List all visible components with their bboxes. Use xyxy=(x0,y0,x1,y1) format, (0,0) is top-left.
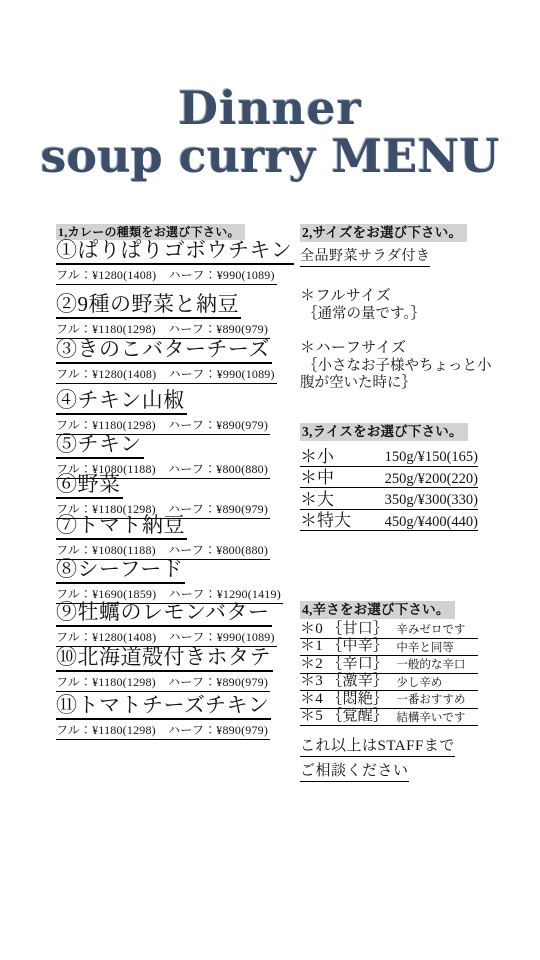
menu-item-8: ⑧シーフード フル：¥1690(1859) ハーフ：¥1290(1419) xyxy=(56,557,283,604)
size-option-half-note: ｛小さなお子様やちょっと小腹が空いた時に｝ xyxy=(300,358,502,392)
spice-level-2: ＊2 ｛辛口｝ 一般的な辛口 xyxy=(300,656,478,674)
item-name: ⑧シーフード xyxy=(56,557,185,584)
section-heading-spice: 4,辛さをお選び下さい。 xyxy=(300,601,455,619)
size-option-full-label: ＊フルサイズ xyxy=(300,284,512,305)
title-line-soup-curry-menu: soup curry MENU xyxy=(0,133,540,181)
rice-options: ＊小 150g/¥150(165) ＊中 250g/¥200(220) ＊大 3… xyxy=(300,445,478,531)
item-name: ②9種の野菜と納豆 xyxy=(56,292,241,319)
item-price: フル：¥1280(1408) ハーフ：¥990(1089) xyxy=(56,365,277,384)
menu-item-2: ②9種の野菜と納豆 フル：¥1180(1298) ハーフ：¥890(979) xyxy=(56,292,270,339)
rice-label: ＊特大 xyxy=(300,512,351,529)
spice-note: 結構辛いです xyxy=(396,713,465,725)
item-name: ⑨牡蠣のレモンバター xyxy=(56,600,272,627)
menu-item-9: ⑨牡蠣のレモンバター フル：¥1280(1408) ハーフ：¥990(1089) xyxy=(56,600,277,647)
spice-label: ＊4 ｛悶絶｝ xyxy=(300,692,388,707)
rice-value: 350g/¥300(330) xyxy=(385,493,478,508)
section-heading-rice: 3,ライスをお選び下さい。 xyxy=(300,423,468,441)
spice-levels: ＊0 ｛甘口｝ 辛みゼロです ＊1 ｛中辛｝ 中辛と同等 ＊2 ｛辛口｝ 一般的… xyxy=(300,621,478,726)
rice-label: ＊中 xyxy=(300,469,334,486)
staff-note-line1: これ以上はSTAFFまで xyxy=(300,734,455,757)
rice-label: ＊大 xyxy=(300,491,334,508)
item-price: フル：¥1280(1408) ハーフ：¥990(1089) xyxy=(56,266,277,285)
item-name: ④チキン山椒 xyxy=(56,388,187,415)
rice-option-large: ＊大 350g/¥300(330) xyxy=(300,488,478,510)
size-option-half-label: ＊ハーフサイズ xyxy=(300,336,512,357)
staff-consult-note: これ以上はSTAFFまで ご相談ください xyxy=(300,734,455,784)
spice-level-1: ＊1 ｛中辛｝ 中辛と同等 xyxy=(300,639,478,657)
spice-label: ＊2 ｛辛口｝ xyxy=(300,657,388,672)
title-line-dinner: Dinner xyxy=(0,85,540,133)
spice-label: ＊0 ｛甘口｝ xyxy=(300,622,388,637)
rice-option-extra-large: ＊特大 450g/¥400(440) xyxy=(300,510,478,532)
rice-value: 250g/¥200(220) xyxy=(385,472,478,487)
item-name: ⑤チキン xyxy=(56,432,144,459)
spice-section: 4,辛さをお選び下さい。 ＊0 ｛甘口｝ 辛みゼロです ＊1 ｛中辛｝ 中辛と同… xyxy=(300,601,478,726)
menu-page: Dinner soup curry MENU 1,カレーの種類をお選び下さい。 … xyxy=(0,0,540,960)
rice-value: 150g/¥150(165) xyxy=(385,450,478,465)
menu-item-11: ⑪トマトチーズチキン フル：¥1180(1298) ハーフ：¥890(979) xyxy=(56,693,271,740)
spice-level-3: ＊3 ｛激辛｝ 少し辛め xyxy=(300,674,478,692)
page-title: Dinner soup curry MENU xyxy=(0,85,540,181)
item-price: フル：¥1180(1298) ハーフ：¥890(979) xyxy=(56,673,270,692)
rice-section: 3,ライスをお選び下さい。 ＊小 150g/¥150(165) ＊中 250g/… xyxy=(300,423,478,531)
spice-note: 少し辛め xyxy=(396,678,442,690)
menu-item-3: ③きのこバターチーズ フル：¥1280(1408) ハーフ：¥990(1089) xyxy=(56,337,277,384)
item-name: ③きのこバターチーズ xyxy=(56,337,272,364)
menu-item-1: ①ぱりぱりゴボウチキン フル：¥1280(1408) ハーフ：¥990(1089… xyxy=(56,238,294,285)
item-name: ⑩北海道殻付きホタテ xyxy=(56,645,273,672)
spice-level-4: ＊4 ｛悶絶｝ 一番おすすめ xyxy=(300,691,478,709)
rice-option-small: ＊小 150g/¥150(165) xyxy=(300,445,478,467)
spice-level-0: ＊0 ｛甘口｝ 辛みゼロです xyxy=(300,621,478,639)
spice-label: ＊1 ｛中辛｝ xyxy=(300,639,388,654)
menu-item-7: ⑦トマト納豆 フル：¥1080(1188) ハーフ：¥800(880) xyxy=(56,513,270,560)
item-name: ①ぱりぱりゴボウチキン xyxy=(56,238,294,265)
spice-note: 一番おすすめ xyxy=(396,695,465,707)
staff-note-line2: ご相談ください xyxy=(300,759,409,782)
menu-item-4: ④チキン山椒 フル：¥1180(1298) ハーフ：¥890(979) xyxy=(56,388,270,435)
section-heading-size: 2,サイズをお選び下さい。 xyxy=(300,224,467,242)
rice-option-medium: ＊中 250g/¥200(220) xyxy=(300,467,478,489)
spice-label: ＊3 ｛激辛｝ xyxy=(300,674,388,689)
curry-column: 1,カレーの種類をお選び下さい。 ①ぱりぱりゴボウチキン フル：¥1280(14… xyxy=(56,224,296,804)
size-section: 2,サイズをお選び下さい。 全品野菜サラダ付き ＊フルサイズ ｛通常の量です。｝… xyxy=(300,224,512,393)
item-name: ⑥野菜 xyxy=(56,472,123,499)
rice-value: 450g/¥400(440) xyxy=(385,515,478,530)
spice-label: ＊5 ｛覚醒｝ xyxy=(300,709,388,724)
item-price: フル：¥1180(1298) ハーフ：¥890(979) xyxy=(56,721,270,740)
size-option-full-note: ｛通常の量です。｝ xyxy=(300,306,512,323)
menu-item-10: ⑩北海道殻付きホタテ フル：¥1180(1298) ハーフ：¥890(979) xyxy=(56,645,273,692)
spice-note: 中辛と同等 xyxy=(396,643,454,655)
spice-note: 辛みゼロです xyxy=(396,625,465,637)
item-name: ⑦トマト納豆 xyxy=(56,513,187,540)
rice-label: ＊小 xyxy=(300,448,334,465)
spice-note: 一般的な辛口 xyxy=(396,660,465,672)
options-column: 2,サイズをお選び下さい。 全品野菜サラダ付き ＊フルサイズ ｛通常の量です。｝… xyxy=(300,224,512,804)
size-subheading: 全品野菜サラダ付き xyxy=(300,245,430,267)
spice-level-5: ＊5 ｛覚醒｝ 結構辛いです xyxy=(300,709,478,727)
item-name: ⑪トマトチーズチキン xyxy=(56,693,271,720)
